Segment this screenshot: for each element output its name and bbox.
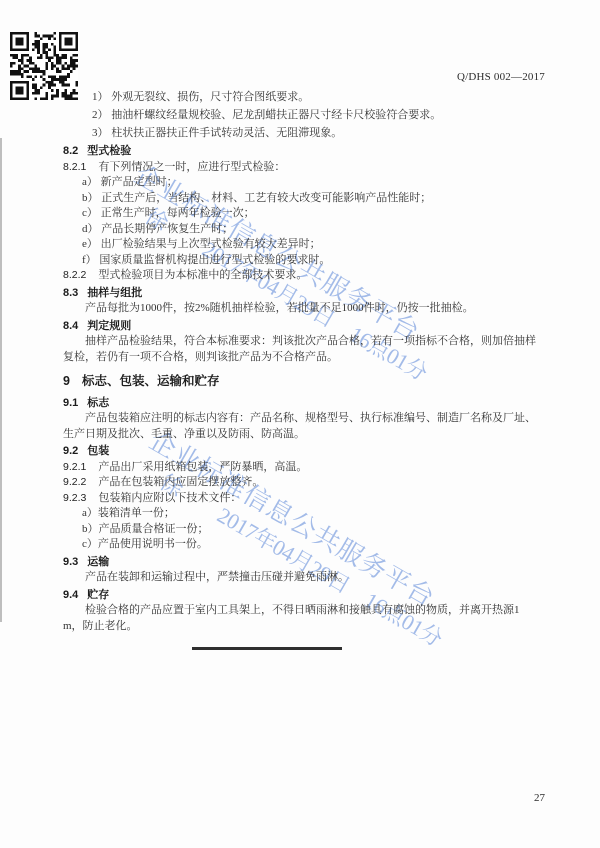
section-number: 8.3 <box>63 287 78 299</box>
section-title: 抽样与组批 <box>87 287 142 299</box>
clause-number: 8.2.1 <box>63 161 86 173</box>
section-title: 包装 <box>87 445 109 457</box>
clause-8.2.1: 8.2.1有下列情况之一时，应进行型式检验： <box>63 160 538 176</box>
clause-text: 型式检验项目为本标准中的全部技术要求。 <box>98 269 307 281</box>
clause-8.2.2: 8.2.2型式检验项目为本标准中的全部技术要求。 <box>63 268 538 284</box>
list-item: 3） 柱状扶正器扶正件手试转动灵活、无阻滞现象。 <box>92 124 538 142</box>
clause-9.2.3: 9.2.3包装箱内应附以下技术文件： <box>63 491 538 507</box>
section-number: 9 <box>63 374 70 388</box>
section-title: 贮存 <box>87 589 109 601</box>
section-number: 9.1 <box>63 397 78 409</box>
document-body: 1） 外观无裂纹、损伤，尺寸符合图纸要求。2） 抽油杆螺纹经量规校验、尼龙刮蜡扶… <box>63 88 538 650</box>
section-number: 9.4 <box>63 589 78 601</box>
clause-9.2.2: 9.2.2产品在包装箱内应固定摆放整齐。 <box>63 475 538 491</box>
clause-number: 9.2.3 <box>63 492 86 504</box>
list-item: b） 正式生产后，当结构、材料、工艺有较大改变可能影响产品性能时； <box>82 191 538 207</box>
clause-number: 9.2.1 <box>63 461 86 473</box>
list-item: c）产品使用说明书一份。 <box>82 537 538 553</box>
clause-text: 包装箱内应附以下技术文件： <box>98 492 241 504</box>
clause-number: 9.2.2 <box>63 476 86 488</box>
section-heading-8.3: 8.3抽样与组批 <box>63 286 538 302</box>
clause-9.2.1: 9.2.1产品出厂采用纸箱包装，严防暴晒，高温。 <box>63 460 538 476</box>
section-title: 型式检验 <box>87 145 131 157</box>
list-item: 1） 外观无裂纹、损伤，尺寸符合图纸要求。 <box>92 88 538 106</box>
header-doc-number: Q/DHS 002—2017 <box>457 71 545 83</box>
list-item: c） 正常生产时，每两年检验一次； <box>82 206 538 222</box>
list-item: e） 出厂检验结果与上次型式检验有较大差异时； <box>82 237 538 253</box>
list-item: f） 国家质量监督机构提出进行型式检验的要求时。 <box>82 253 538 269</box>
paragraph: 产品包装箱应注明的标志内容有：产品名称、规格型号、执行标准编号、制造厂名称及厂址… <box>63 411 538 442</box>
document-page: Q/DHS 002—2017 企业标准信息公共服务平台 徐2017年04月29日… <box>0 0 600 848</box>
section-heading-9.3: 9.3运输 <box>63 555 538 571</box>
section-heading-9.2: 9.2包装 <box>63 444 538 460</box>
section-heading-9.1: 9.1标志 <box>63 396 538 412</box>
clause-text: 产品出厂采用纸箱包装，严防暴晒，高温。 <box>98 461 307 473</box>
list-item: b）产品质量合格证一份； <box>82 522 538 538</box>
end-of-document-rule <box>192 647 342 650</box>
section-heading-8.4: 8.4判定规则 <box>63 319 538 335</box>
section-heading-8.2: 8.2型式检验 <box>63 144 538 160</box>
section-heading-9.4: 9.4贮存 <box>63 588 538 604</box>
clause-text: 有下列情况之一时，应进行型式检验： <box>98 161 285 173</box>
section-title: 运输 <box>87 556 109 568</box>
section-heading-9: 9标志、包装、运输和贮存 <box>63 374 538 390</box>
section-title: 判定规则 <box>87 320 131 332</box>
section-number: 9.3 <box>63 556 78 568</box>
paragraph: 检验合格的产品应置于室内工具架上，不得日晒雨淋和接触具有腐蚀的物质，并离开热源1… <box>63 603 538 634</box>
section-title: 标志 <box>87 397 109 409</box>
clause-number: 8.2.2 <box>63 269 86 281</box>
section-number: 8.2 <box>63 145 78 157</box>
scan-edge-shadow <box>0 138 2 622</box>
paragraph: 产品每批为1000件，按2%随机抽样检验，若批量不足1000件时，仍按一批抽检。 <box>63 301 538 317</box>
list-item: a） 新产品定型时； <box>82 175 538 191</box>
list-item: a）装箱清单一份； <box>82 506 538 522</box>
section-number: 9.2 <box>63 445 78 457</box>
list-item: 2） 抽油杆螺纹经量规校验、尼龙刮蜡扶正器尺寸经卡尺校验符合要求。 <box>92 106 538 124</box>
page-number: 27 <box>534 792 545 804</box>
clause-text: 产品在包装箱内应固定摆放整齐。 <box>98 476 263 488</box>
paragraph: 抽样产品检验结果，符合本标准要求：判该批次产品合格，若有一项指标不合格，则加倍抽… <box>63 334 538 365</box>
section-title: 标志、包装、运输和贮存 <box>82 374 220 388</box>
list-item: d） 产品长期停产恢复生产时； <box>82 222 538 238</box>
section-number: 8.4 <box>63 320 78 332</box>
paragraph: 产品在装卸和运输过程中，严禁撞击压碰并避免雨淋。 <box>63 570 538 586</box>
